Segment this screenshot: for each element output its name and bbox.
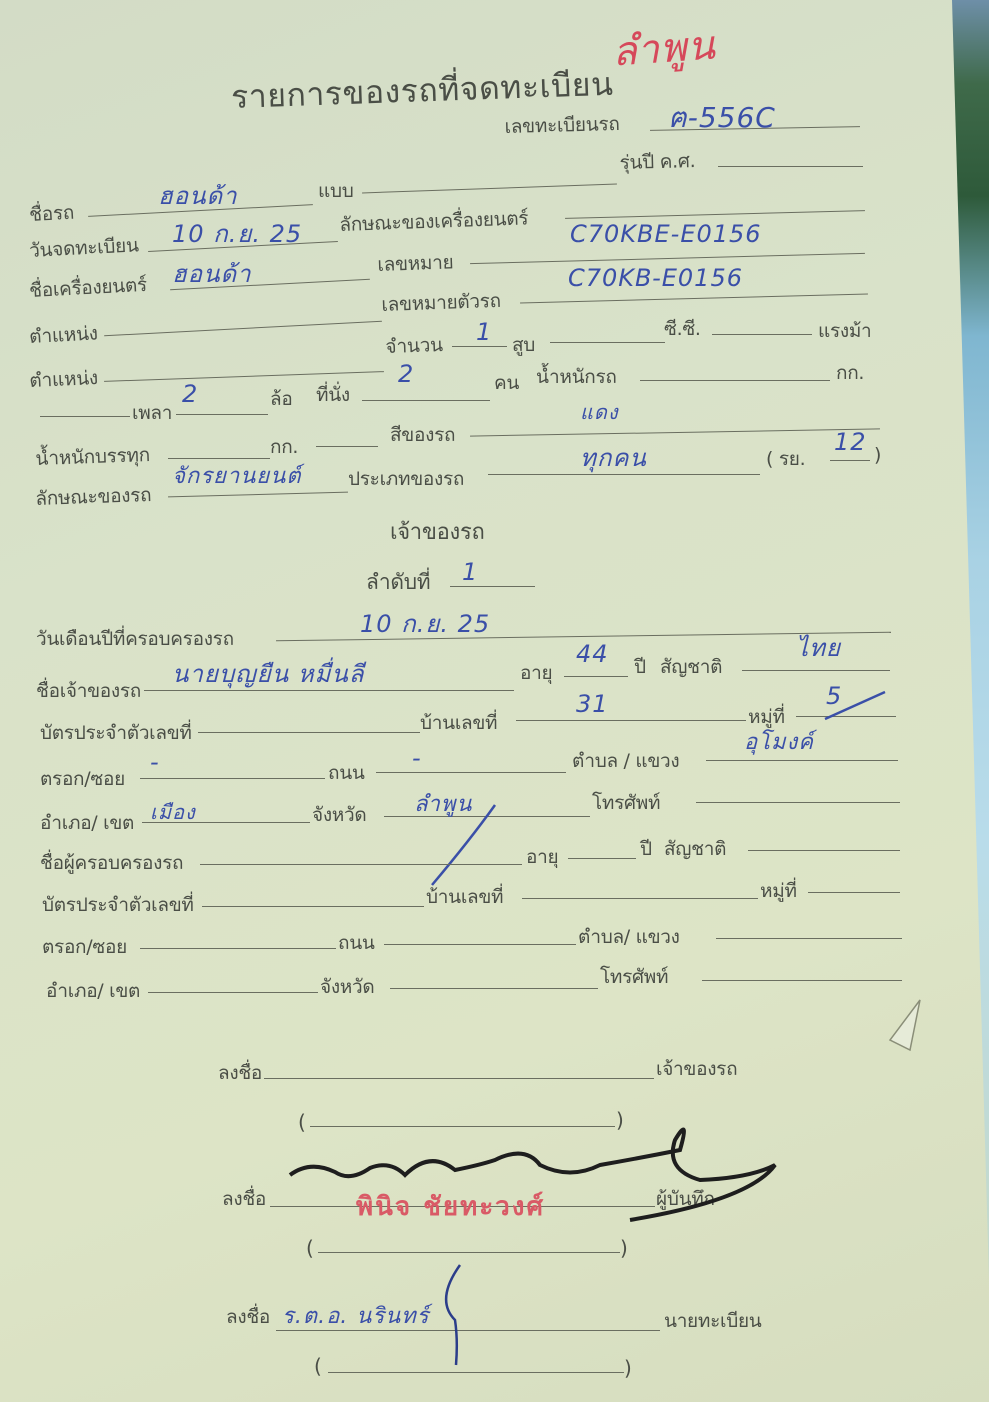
registrar-paren-open: ( [314,1354,322,1378]
recorder-sign-label: ลงชื่อ [222,1184,266,1214]
possessor-name-line [200,864,522,865]
strike-mark [420,800,500,890]
possessor-road-line [384,944,576,945]
possessor-moo-line [808,892,900,893]
possessor-subdistrict-label: ตำบล/ แขวง [578,922,680,952]
recorder-paren-open: ( [306,1236,314,1260]
registration-form: รายการของรถที่จดทะเบียน ลำพูน เลขทะเบียน… [0,0,989,1402]
ry-label: ( รย. [766,444,805,474]
possessor-province-line [390,988,598,989]
owner-road-label: ถนน [328,758,365,788]
owner-year-label: ปี [634,652,646,682]
count-line [452,346,507,347]
moo-strike-mark [820,684,890,724]
chassis-no-line [520,293,868,303]
possessor-age-line [568,858,636,859]
possessor-nationality-line [748,850,900,851]
possessor-province-label: จังหวัด [320,972,374,1002]
count-label: จำนวน [385,330,443,362]
owner-nationality-label: สัญชาติ [660,652,722,682]
owner-alley-line [140,778,325,779]
seq-value: 1 [462,558,478,586]
owner-district-value: เมือง [150,796,196,828]
owner-nationality-line [742,670,890,671]
vehicle-char-value: จักรยานยนต์ [172,458,302,493]
owner-sign-role: เจ้าของรถ [656,1054,737,1084]
owner-house-line [516,720,746,721]
owner-nationality-value: ไทย [796,628,841,667]
engine-no-label: เลขหมาย [377,247,454,280]
owner-road-value: - [412,744,422,772]
owner-alley-label: ตรอก/ซอย [40,764,125,794]
owner-house-label: บ้านเลขที่ [420,708,497,738]
possessor-house-label: บ้านเลขที่ [426,882,503,912]
possessor-alley-line [140,948,336,949]
owner-age-label: อายุ [520,658,552,688]
position1-label: ตำแหน่ง [28,318,98,352]
reg-no-label: เลขทะเบียนรถ [504,109,620,142]
model-year-label: รุ่นปี ค.ศ. [619,146,696,178]
axle-line [176,414,268,415]
type-line [362,184,617,194]
model-year-line [718,166,863,167]
hp-label: แรงม้า [818,316,871,346]
possessor-year-label: ปี [640,834,652,864]
color-label: สีของรถ [390,420,455,450]
possessor-age-label: อายุ [526,842,558,872]
cylinder-line [550,342,665,343]
load-label: น้ำหนักบรรทุก [35,440,150,474]
person-label: คน [494,368,519,398]
vehicle-name-label: ชื่อรถ [28,198,74,230]
possessor-subdistrict-line [716,938,902,939]
chassis-no-label: เลขหมายตัวรถ [381,286,501,320]
possessor-district-line [148,992,318,993]
recorder-printed-name-line [318,1252,620,1253]
reg-date-label: วันจดทะเบียน [28,230,139,266]
category-value: ทุกคน [580,438,647,477]
seat-value: 2 [398,360,414,388]
registrar-signature-stroke [430,1260,470,1370]
load-kg-line [316,446,378,447]
owner-age-line [564,676,628,677]
possessor-name-label: ชื่อผู้ครอบครองรถ [40,848,183,878]
owner-subdistrict-label: ตำบล / แขวง [572,746,679,776]
registrar-paren-close: ) [624,1356,632,1380]
owner-heading: เจ้าของรถ [390,514,485,549]
axle-value: 2 [182,380,198,408]
possessor-id-label: บัตรประจำตัวเลขที่ [42,890,194,920]
reg-date-value: 10 ก.ย. 25 [172,214,302,253]
registrar-sign-role: นายทะเบียน [664,1306,762,1336]
seat-label: ที่นั่ง [316,380,350,410]
recorder-signature [280,1120,790,1230]
vehicle-char-label: ลักษณะของรถ [35,480,152,514]
wheel-label: ล้อ [270,384,292,414]
seq-label: ลำดับที่ [366,566,430,599]
owner-district-label: อำเภอ/ เขต [40,808,134,838]
province-stamp: ลำพูน [610,12,718,83]
recorder-paren-close: ) [620,1236,628,1260]
registrar-signature: ร.ต.อ. นรินทร์ [282,1298,430,1333]
owner-house-value: 31 [576,690,609,718]
owner-name-value: นายบุญยืน หมื่นลี [172,654,364,693]
color-value: แดง [580,396,619,428]
registrar-printed-name-line [328,1372,624,1373]
owner-province-label: จังหวัด [312,800,366,830]
possessor-moo-label: หมู่ที่ [760,876,797,906]
paper-tear [870,990,930,1070]
possessor-id-line [202,906,424,907]
possessor-house-line [522,898,758,899]
owner-id-label: บัตรประจำตัวเลขที่ [40,718,192,748]
ry-value: 12 [834,428,867,456]
chassis-no-value: C70KB-E0156 [568,264,743,292]
cc-label: ซี.ซี. [664,314,701,344]
ry-close: ) [874,444,881,466]
possession-date-value: 10 ก.ย. 25 [360,604,490,643]
count-value: 1 [476,318,492,346]
possessor-district-label: อำเภอ/ เขต [46,976,140,1006]
possessor-nationality-label: สัญชาติ [664,834,726,864]
possessor-alley-label: ตรอก/ซอย [42,932,127,962]
engine-char-label: ลักษณะของเครื่องยนตร์ [339,203,529,240]
position2-label: ตำแหน่ง [29,363,99,396]
axle-label: เพลา [132,398,172,428]
vehicle-name-value: ฮอนด้า [158,176,238,215]
engine-name-label: ชื่อเครื่องยนตร์ [28,270,147,306]
owner-subdistrict-line [706,760,898,761]
engine-char-line [565,210,865,219]
weight-line [640,380,830,381]
owner-age-value: 44 [576,640,609,668]
possessor-phone-label: โทรศัพท์ [600,962,668,992]
seat-line [362,400,490,401]
owner-phone-label: โทรศัพท์ [592,788,660,818]
owner-sign-label: ลงชื่อ [218,1058,262,1088]
cc-line [712,334,812,335]
owner-sign-line [264,1078,654,1079]
registrar-sign-label: ลงชื่อ [226,1302,270,1332]
seq-line [450,586,535,587]
color-line [470,428,880,436]
category-label: ประเภทของรถ [348,464,464,494]
owner-road-line [376,772,566,773]
ry-line [830,460,870,461]
kg-label: กก. [836,358,864,388]
reg-no-value: ฅ-556C [668,96,776,140]
owner-alley-value: - [150,748,160,776]
owner-subdistrict-value: อุโมงค์ [744,724,814,759]
possession-date-label: วันเดือนปีที่ครอบครองรถ [36,624,234,654]
possessor-road-label: ถนน [338,928,375,958]
owner-id-line [198,732,420,733]
owner-name-label: ชื่อเจ้าของรถ [36,676,141,706]
engine-no-value: C70KBE-E0156 [570,220,762,248]
pre-axle-line [40,416,130,417]
engine-name-value: ฮอนด้า [172,254,252,293]
type-label: แบบ [318,176,353,206]
possessor-phone-line [702,980,902,981]
engine-no-line [470,253,865,264]
owner-phone-line [696,802,900,803]
weight-label: น้ำหนักรถ [536,362,617,392]
position1-line [104,321,382,337]
cylinder-label: สูบ [512,330,535,360]
